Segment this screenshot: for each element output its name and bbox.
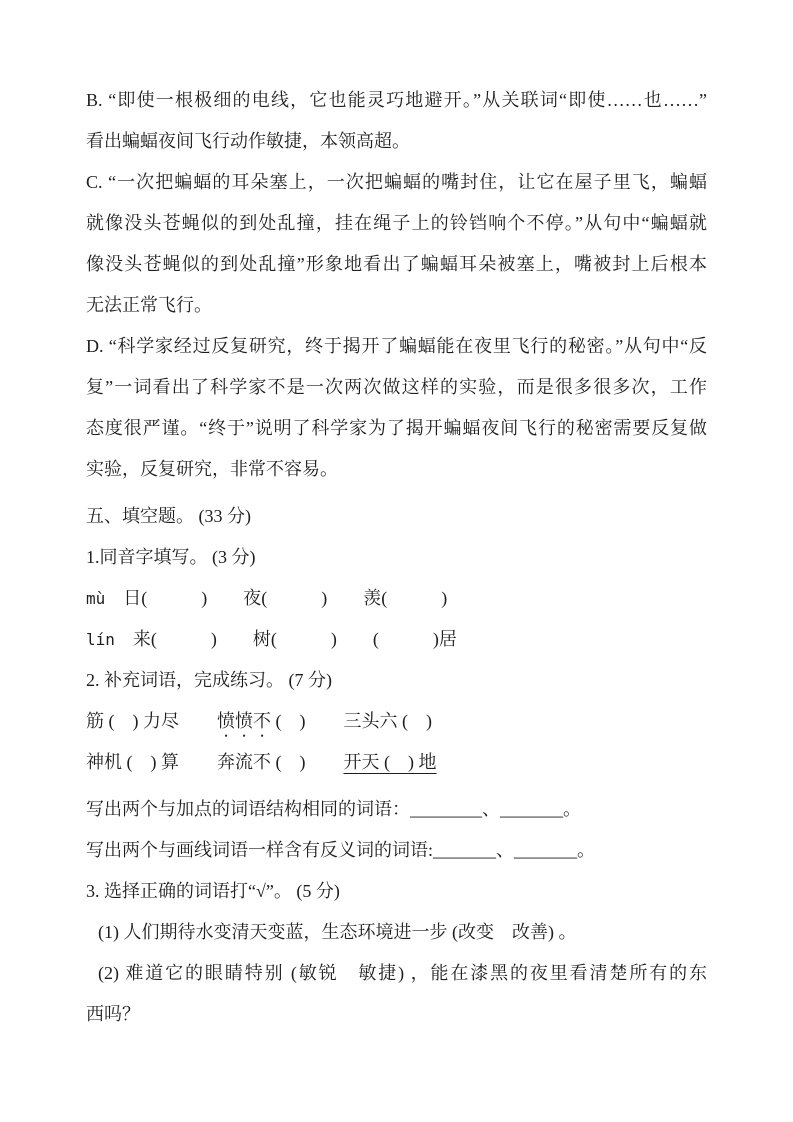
q3-item-1: (1) 人们期待水变清天变蓝，生态环境进一步 (改变 改善) 。: [86, 912, 707, 953]
fill-in-blanks-section: 五、填空题。 (33 分) 1.同音字填写。 (3 分) mù 日( ) 夜( …: [86, 496, 707, 1035]
option-d-line-4: 实验，反复研究，非常不容易。: [86, 449, 707, 490]
idiom-fenfen-dotted: 愤愤不 ( ): [217, 711, 306, 731]
q2-idiom-row-1: 筋 ( ) 力尽愤愤不 ( )三头六 ( ): [86, 701, 707, 742]
option-c-line-2: 就像没头苍蝇似的到处乱撞，挂在绳子上的铃铛响个不停。”从句中“蝙蝠就: [86, 203, 707, 244]
reading-answer-options: B. “即使一根极细的电线，它也能灵巧地避开。”从关联词“即使……也……” 看出…: [86, 80, 707, 490]
q3-title: 3. 选择正确的词语打“√”。 (5 分): [86, 871, 707, 912]
pinyin-mu: mù: [86, 589, 105, 608]
idiom-kaitian-underlined: 开天 ( ) 地: [344, 752, 437, 772]
q1-row-mu-words: 日( ) 夜( ) 羡( ): [105, 588, 447, 608]
option-d-line-3: 态度很严谨。“终于”说明了科学家为了揭开蝙蝠夜间飞行的秘密需要反复做: [86, 408, 707, 449]
section-five-heading: 五、填空题。 (33 分): [86, 496, 707, 537]
q1-title: 1.同音字填写。 (3 分): [86, 537, 707, 578]
idiom-jin: 筋 ( ) 力尽: [86, 711, 179, 731]
option-c-line-4: 无法正常飞行。: [86, 285, 707, 326]
option-d-line-2: 复”一词看出了科学家不是一次两次做这样的实验，而是很多很多次，工作: [86, 367, 707, 408]
q2-task-2: 写出两个与画线词语一样含有反义词的词语:_______、_______。: [86, 830, 707, 871]
option-c-line-1: C. “一次把蝙蝠的耳朵塞上，一次把蝙蝠的嘴封住，让它在屋子里飞，蝙蝠: [86, 162, 707, 203]
q1-row-lin: lín 来( ) 树( ) ( )居: [86, 619, 707, 660]
q1-row-mu: mù 日( ) 夜( ) 羡( ): [86, 578, 707, 619]
q1-row-lin-words: 来( ) 树( ) ( )居: [115, 629, 457, 649]
option-b-line-1: B. “即使一根极细的电线，它也能灵巧地避开。”从关联词“即使……也……”: [86, 80, 707, 121]
idiom-santou: 三头六 ( ): [344, 711, 433, 731]
option-b-line-2: 看出蝙蝠夜间飞行动作敏捷，本领高超。: [86, 121, 707, 162]
worksheet-page: B. “即使一根极细的电线，它也能灵巧地避开。”从关联词“即使……也……” 看出…: [0, 0, 793, 1122]
pinyin-lin: lín: [86, 630, 115, 649]
q2-idiom-row-2: 神机 ( ) 算奔流不 ( )开天 ( ) 地: [86, 742, 707, 783]
option-d-line-1: D. “科学家经过反复研究，终于揭开了蝙蝠能在夜里飞行的秘密。”从句中“反: [86, 326, 707, 367]
idiom-benliu: 奔流不 ( ): [217, 752, 306, 772]
q2-title: 2. 补充词语，完成练习。 (7 分): [86, 660, 707, 701]
idiom-shenji: 神机 ( ) 算: [86, 752, 179, 772]
q3-item-2-line-1: (2) 难道它的眼睛特别 (敏锐 敏捷) ，能在漆黑的夜里看清楚所有的东: [86, 953, 707, 994]
option-c-line-3: 像没头苍蝇似的到处乱撞”形象地看出了蝙蝠耳朵被塞上，嘴被封上后根本: [86, 244, 707, 285]
q3-item-2-line-2: 西吗？: [86, 994, 707, 1035]
q2-task-1: 写出两个与加点的词语结构相同的词语：________、_______。: [86, 789, 707, 830]
